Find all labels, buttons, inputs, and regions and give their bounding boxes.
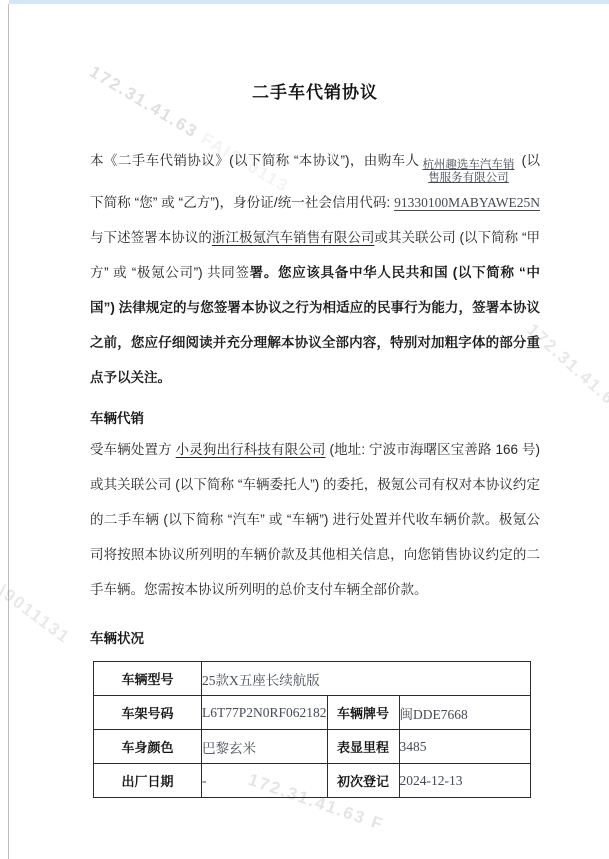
- consignor-name: 小灵狗出行科技有限公司: [176, 442, 326, 457]
- buyer-company-name-line1: 杭州趣选车汽车销: [422, 159, 514, 172]
- body-color-value: 巴黎玄米: [202, 730, 328, 764]
- plate-number-value: 闽DDE7668: [399, 696, 530, 730]
- buyer-company-name-line2: 售服务有限公司: [422, 172, 514, 185]
- buyer-company-name: 杭州趣选车汽车销售服务有限公司: [422, 159, 514, 185]
- intro-bold-text: 署。您应该具备中华人民共和国 (以下简称 “中国”) 法律规定的与您签署本协议之…: [90, 265, 540, 385]
- table-row: 车辆型号 25款X五座长续航版: [94, 662, 531, 696]
- plate-number-label: 车辆牌号: [327, 696, 399, 730]
- section-heading-vehicle-condition: 车辆状况: [90, 629, 540, 649]
- page-title: 二手车代销协议: [90, 78, 540, 103]
- mileage-value: 3485: [399, 730, 530, 764]
- consignment-paragraph: 受车辆处置方 小灵狗出行科技有限公司 (地址: 宁波市海曙区宝善路 166 号)…: [90, 432, 540, 607]
- intro-paragraph: 本《二手车代销协议》(以下简称 “本协议”)，由购车人杭州趣选车汽车销售服务有限…: [90, 143, 540, 395]
- vehicle-condition-table: 车辆型号 25款X五座长续航版 车架号码 L6T77P2N0RF062182 车…: [93, 661, 531, 798]
- table-row: 车架号码 L6T77P2N0RF062182 车辆牌号 闽DDE7668: [94, 696, 531, 730]
- vin-label: 车架号码: [94, 696, 202, 730]
- credit-code: 91330100MABYAWE25N: [394, 195, 540, 210]
- first-registration-value: 2024-12-13: [399, 764, 530, 798]
- body-color-label: 车身颜色: [94, 730, 202, 764]
- intro-seg3: 与下述签署本协议的: [90, 230, 212, 245]
- vehicle-model-label: 车辆型号: [94, 662, 202, 696]
- watermark-left: G\9011131: [0, 572, 74, 648]
- page-left-border: [8, 4, 9, 859]
- table-row: 车身颜色 巴黎玄米 表显里程 3485: [94, 730, 531, 764]
- intro-seg1: 本《二手车代销协议》(以下简称 “本协议”)，由购车人: [90, 153, 419, 168]
- first-registration-label: 初次登记: [327, 764, 399, 798]
- factory-date-value: -: [202, 764, 328, 798]
- consignment-seg1: 受车辆处置方: [90, 442, 176, 457]
- mileage-label: 表显里程: [327, 730, 399, 764]
- vehicle-model-value: 25款X五座长续航版: [202, 662, 531, 696]
- table-row: 出厂日期 - 初次登记 2024-12-13: [94, 764, 531, 798]
- vin-value: L6T77P2N0RF062182: [202, 696, 328, 730]
- factory-date-label: 出厂日期: [94, 764, 202, 798]
- section-heading-consignment: 车辆代销: [90, 409, 540, 429]
- party-a-name: 浙江极氪汽车销售有限公司: [212, 230, 375, 245]
- contract-page: 二手车代销协议 本《二手车代销协议》(以下简称 “本协议”)，由购车人杭州趣选车…: [90, 4, 540, 798]
- consignment-seg2: (地址: 宁波市海曙区宝善路 166 号) 或其关联公司 (以下简称 “车辆委托…: [90, 442, 540, 597]
